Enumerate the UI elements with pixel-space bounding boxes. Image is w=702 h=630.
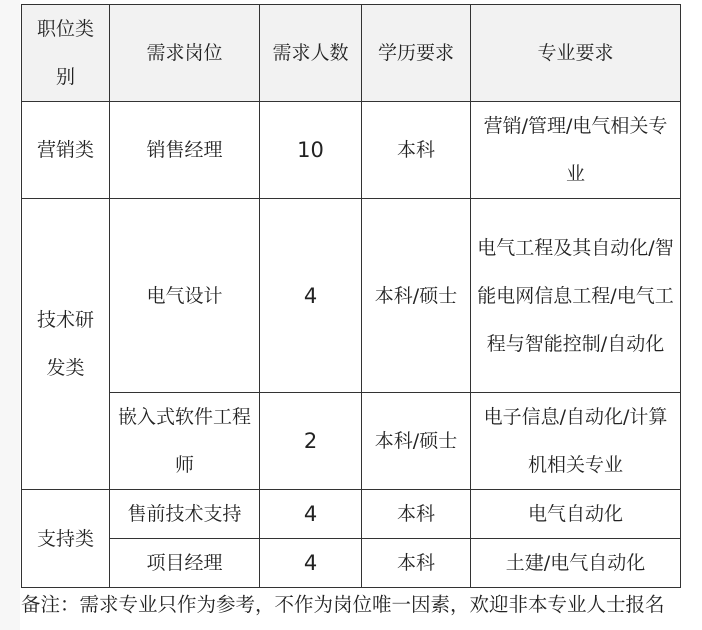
category-cell: 营销类 xyxy=(22,102,110,199)
major-cell: 电气自动化 xyxy=(471,490,681,539)
count-cell: 2 xyxy=(260,393,362,490)
education-cell: 本科/硕士 xyxy=(362,199,471,393)
education-cell: 本科 xyxy=(362,539,471,588)
table-header-row: 职位类别 需求岗位 需求人数 学历要求 专业要求 xyxy=(22,5,681,102)
position-cell: 销售经理 xyxy=(110,102,260,199)
table-row: 嵌入式软件工程师 2 本科/硕士 电子信息/自动化/计算机相关专业 xyxy=(22,393,681,490)
header-count: 需求人数 xyxy=(260,5,362,102)
remark-note: 备注：需求专业只作为参考，不作为岗位唯一因素，欢迎非本专业人士报名 xyxy=(21,588,665,622)
table-row: 支持类 售前技术支持 4 本科 电气自动化 xyxy=(22,490,681,539)
major-cell: 电子信息/自动化/计算机相关专业 xyxy=(471,393,681,490)
header-major: 专业要求 xyxy=(471,5,681,102)
count-cell: 10 xyxy=(260,102,362,199)
position-cell: 电气设计 xyxy=(110,199,260,393)
education-cell: 本科 xyxy=(362,490,471,539)
page-margin xyxy=(0,0,20,630)
major-cell: 营销/管理/电气相关专业 xyxy=(471,102,681,199)
table-row: 营销类 销售经理 10 本科 营销/管理/电气相关专业 xyxy=(22,102,681,199)
header-position: 需求岗位 xyxy=(110,5,260,102)
position-cell: 项目经理 xyxy=(110,539,260,588)
count-cell: 4 xyxy=(260,490,362,539)
education-cell: 本科 xyxy=(362,102,471,199)
major-cell: 电气工程及其自动化/智能电网信息工程/电气工程与智能控制/自动化 xyxy=(471,199,681,393)
table-row: 技术研发类 电气设计 4 本科/硕士 电气工程及其自动化/智能电网信息工程/电气… xyxy=(22,199,681,393)
position-cell: 售前技术支持 xyxy=(110,490,260,539)
count-cell: 4 xyxy=(260,199,362,393)
education-cell: 本科/硕士 xyxy=(362,393,471,490)
count-cell: 4 xyxy=(260,539,362,588)
position-cell: 嵌入式软件工程师 xyxy=(110,393,260,490)
header-category: 职位类别 xyxy=(22,5,110,102)
table-row: 项目经理 4 本科 土建/电气自动化 xyxy=(22,539,681,588)
major-cell: 土建/电气自动化 xyxy=(471,539,681,588)
category-cell: 技术研发类 xyxy=(22,199,110,490)
recruitment-table: 职位类别 需求岗位 需求人数 学历要求 专业要求 营销类 销售经理 10 本科 … xyxy=(21,4,681,588)
header-education: 学历要求 xyxy=(362,5,471,102)
category-cell: 支持类 xyxy=(22,490,110,588)
